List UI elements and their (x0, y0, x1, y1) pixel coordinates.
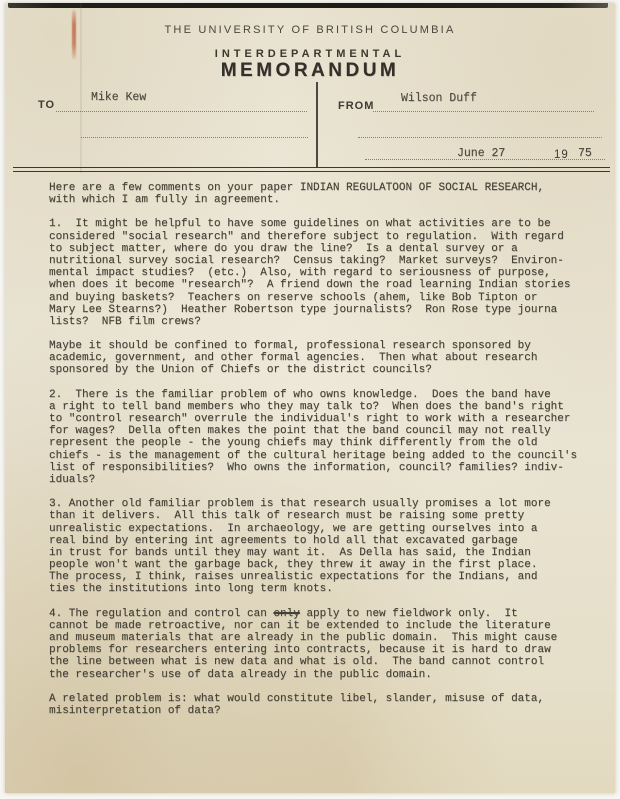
memo-paragraph: 1. It might be helpful to have some guid… (49, 218, 601, 328)
memo-line: The process, I think, raises unrealistic… (49, 571, 601, 583)
date-value: June 27 (457, 147, 505, 160)
memo-line: nutritional survey social research? Cens… (49, 255, 601, 267)
to-value: Mike Kew (91, 91, 146, 104)
to-label: TO (38, 99, 55, 111)
memo-line: mental impact studies? (etc.) Also, with… (49, 267, 601, 279)
memo-line: than it delivers. All this talk of resea… (49, 510, 601, 522)
year-prefix: 19 (554, 149, 569, 161)
to-from-divider (316, 82, 318, 167)
memo-line: Maybe it should be confined to formal, p… (49, 340, 601, 352)
memo-line: 3. Another old familiar problem is that … (49, 498, 601, 510)
memo-line: to subject matter, where do you draw the… (49, 243, 601, 255)
from-line (373, 110, 594, 112)
memo-paragraph: Maybe it should be confined to formal, p… (49, 340, 601, 377)
memo-line: ties the institutions into long term kno… (49, 583, 601, 595)
memo-paragraph: 4. The regulation and control can only a… (49, 608, 601, 681)
memo-line: problems for researchers entering into c… (49, 644, 601, 656)
university-name: THE UNIVERSITY OF BRITISH COLUMBIA (5, 24, 615, 36)
memo-line: people won't want the garbage back, they… (49, 559, 601, 571)
from-value: Wilson Duff (401, 92, 477, 105)
memo-line: iduals? (49, 474, 601, 486)
memo-line: sponsored by the Union of Chiefs or the … (49, 364, 601, 376)
scanned-memo-page: THE UNIVERSITY OF BRITISH COLUMBIA INTER… (0, 0, 620, 799)
memo-line: for wages? Della often makes the point t… (49, 425, 601, 437)
memo-line: real bind by entering int agreements to … (49, 535, 601, 547)
memo-line: unrealistic expectations. In archaeology… (49, 523, 601, 535)
memo-line: in trust for bands until they may want i… (49, 547, 601, 559)
memo-line: the researcher's use of data already in … (49, 669, 601, 681)
memo-line: to "control research" overrule the indiv… (49, 413, 601, 425)
to-line-2 (81, 136, 308, 138)
memo-line: represent the people - the young chiefs … (49, 437, 601, 449)
memo-line: Here are a few comments on your paper IN… (49, 182, 601, 194)
form-title-interdepartmental: INTERDEPARTMENTAL (5, 48, 615, 60)
memo-line: and buying baskets? Teachers on reserve … (49, 292, 601, 304)
memo-line: lists? NFB film crews? (49, 316, 601, 328)
year-value: 75 (578, 147, 592, 160)
memo-paragraph: A related problem is: what would constit… (49, 693, 601, 717)
memo-line: a right to tell band members who they ma… (49, 401, 601, 413)
memo-body: Here are a few comments on your paper IN… (49, 182, 601, 729)
header-double-rule (13, 167, 610, 172)
memo-paragraph: Here are a few comments on your paper IN… (49, 182, 601, 206)
memo-line: with which I am fully in agreement. (49, 194, 601, 206)
memo-line: chiefs - is the management of the cultur… (49, 450, 601, 462)
memo-line: and museum materials that are already in… (49, 632, 601, 644)
memo-line: academic, government, and other formal a… (49, 352, 601, 364)
memo-line: the line between what is new data and wh… (49, 656, 601, 668)
memo-line: 2. There is the familiar problem of who … (49, 389, 601, 401)
memo-line: 1. It might be helpful to have some guid… (49, 218, 601, 230)
memo-paragraph: 2. There is the familiar problem of who … (49, 389, 601, 487)
memo-line: Mary Lee Stearns?) Heather Robertson typ… (49, 304, 601, 316)
memo-line: A related problem is: what would constit… (49, 693, 601, 705)
memo-line: 4. The regulation and control can only a… (49, 608, 601, 620)
to-line (56, 110, 307, 112)
memo-line: cannot be made retroactive, nor can it b… (49, 620, 601, 632)
memo-paper: THE UNIVERSITY OF BRITISH COLUMBIA INTER… (5, 3, 615, 793)
memo-line: list of responsibilities? Who owns the i… (49, 462, 601, 474)
memo-paragraph: 3. Another old familiar problem is that … (49, 498, 601, 596)
from-label: FROM (338, 100, 374, 112)
form-title-memorandum: MEMORANDUM (5, 60, 615, 82)
memo-line: when does it become "research"? A friend… (49, 279, 601, 291)
memo-line: considered "social research" and therefo… (49, 231, 601, 243)
paper-top-edge (8, 3, 608, 8)
from-line-2 (358, 136, 602, 138)
memo-line: misinterpretation of data? (49, 705, 601, 717)
